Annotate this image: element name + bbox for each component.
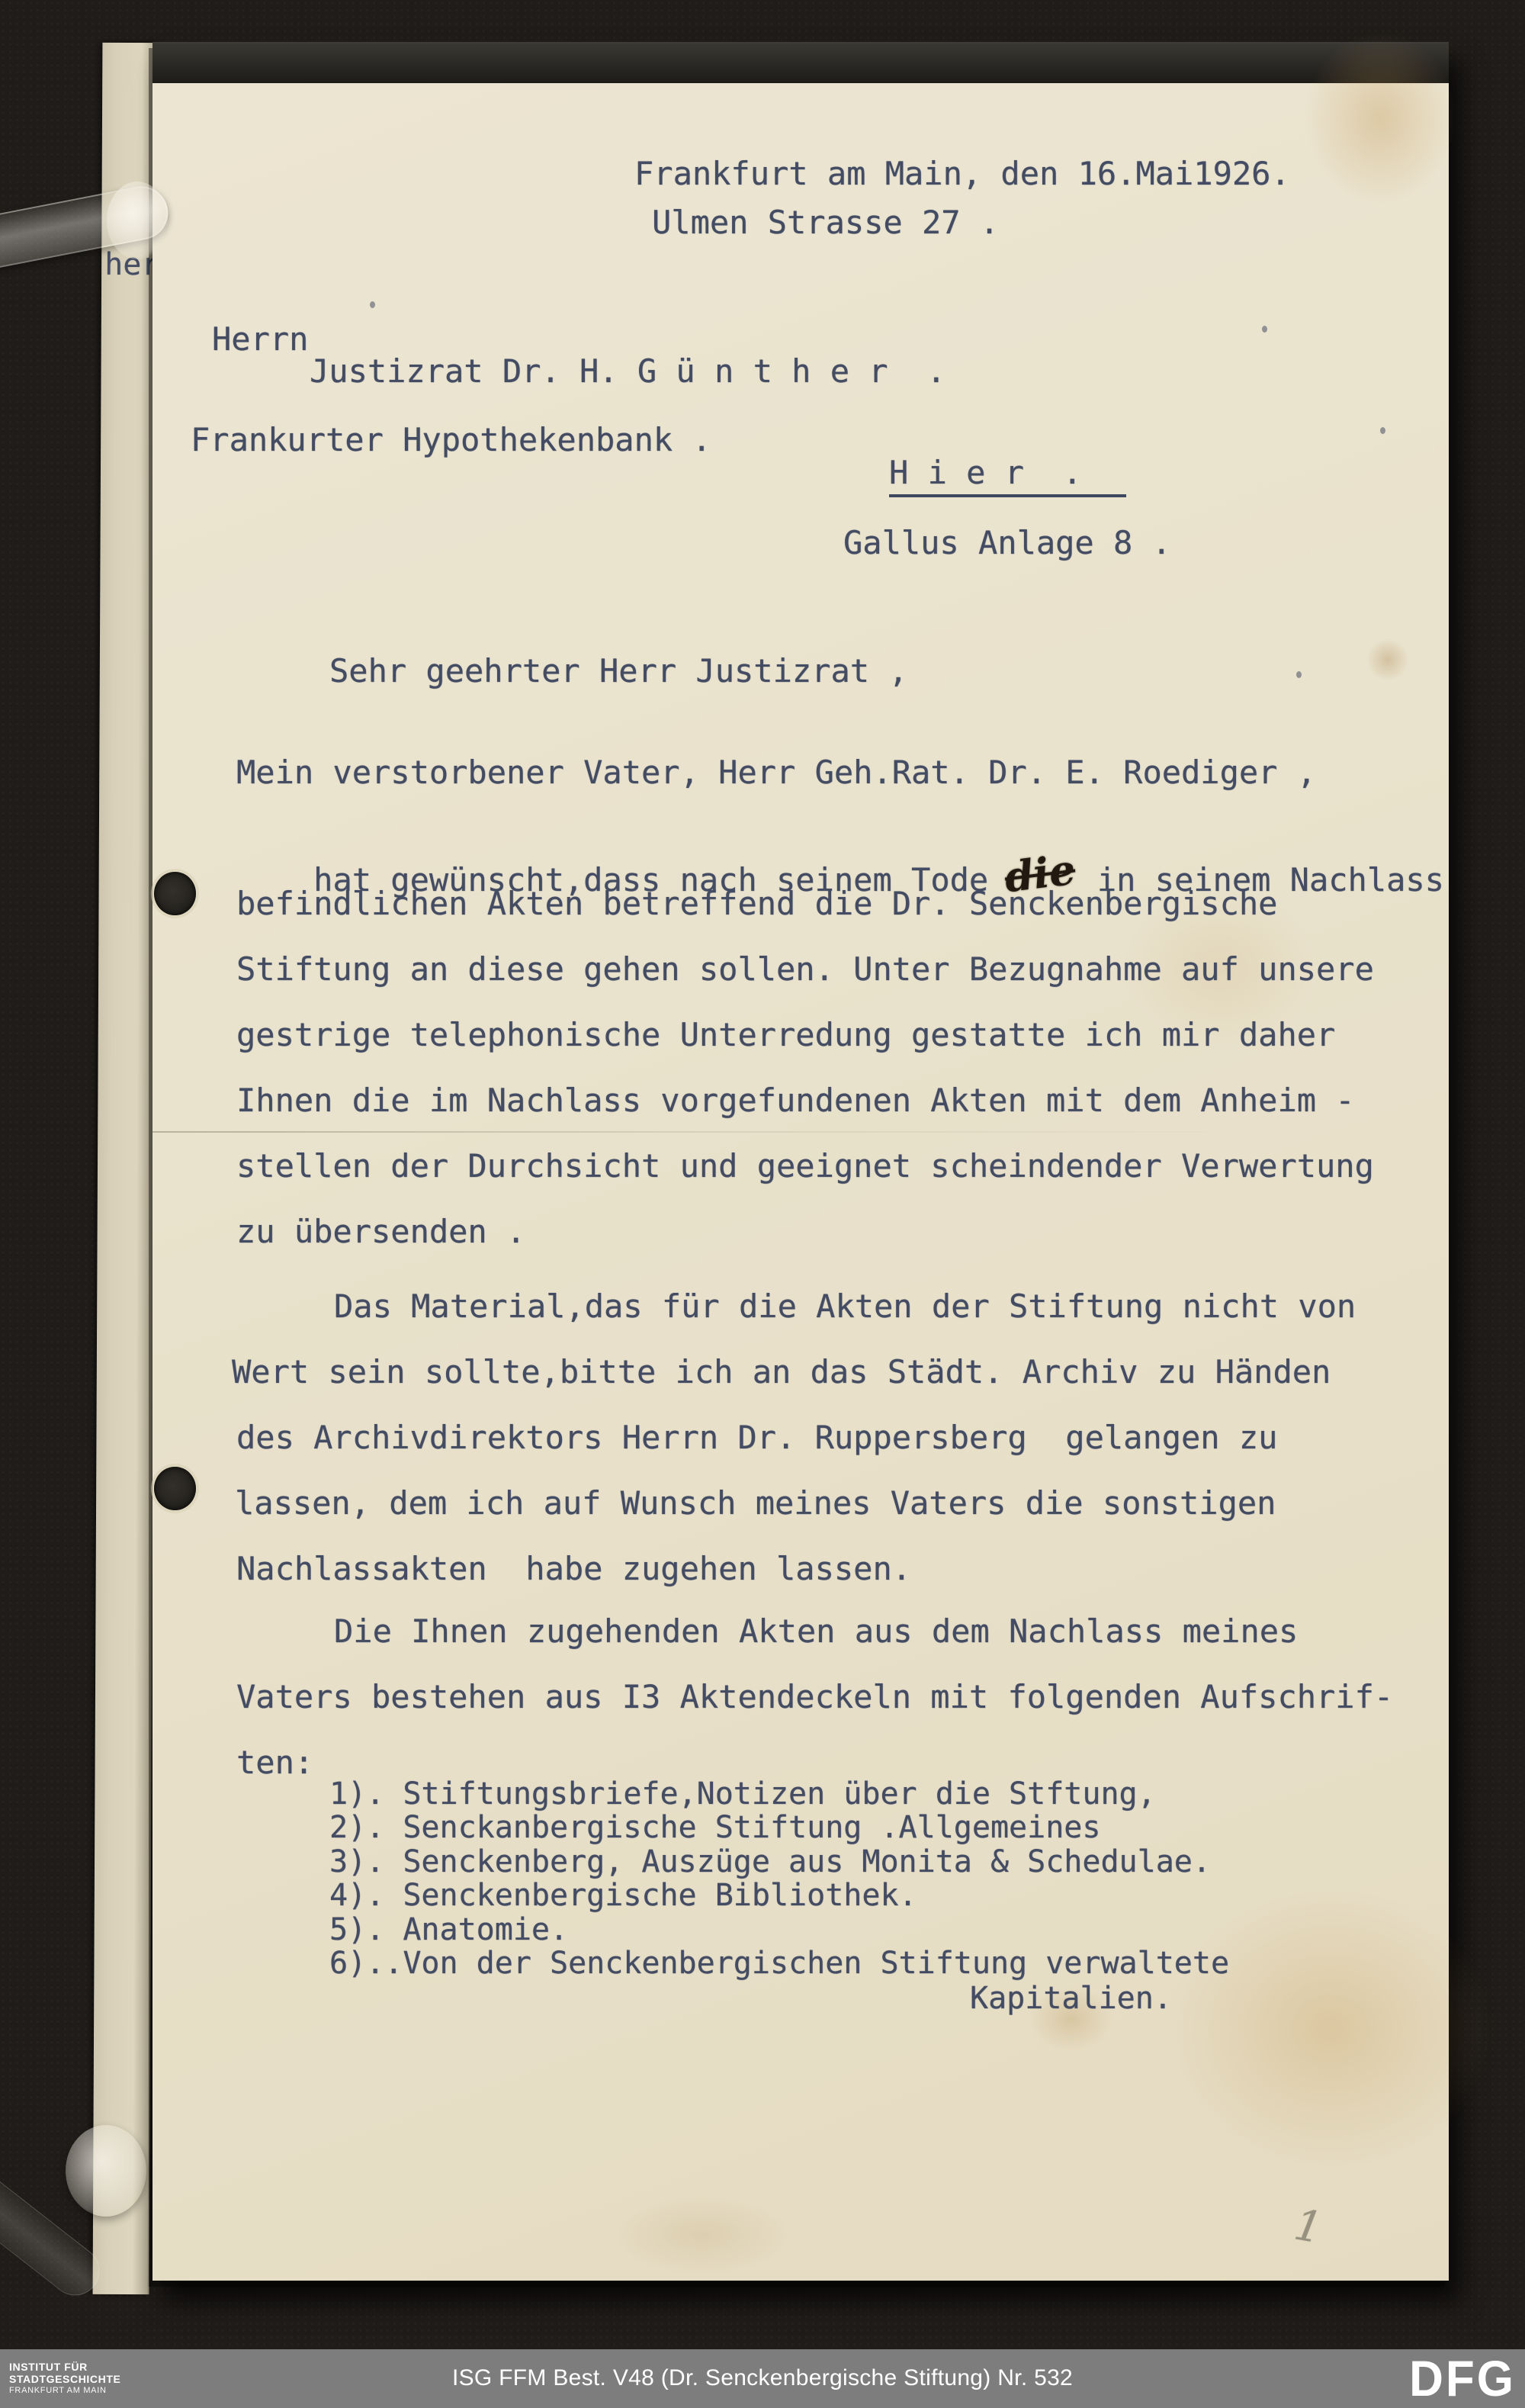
- body-line: Das Material,das für die Akten der Stift…: [334, 1288, 1356, 1326]
- list-item: 4). Senckenbergische Bibliothek.: [329, 1879, 917, 1913]
- list-item: 5). Anatomie.: [329, 1913, 568, 1947]
- pencil-mark: 1: [1291, 2200, 1326, 2253]
- list-item: 6)..Von der Senckenbergischen Stiftung v…: [329, 1947, 1229, 1981]
- body-line: zu übersenden .: [236, 1213, 525, 1251]
- place-line: H i e r .: [889, 454, 1126, 492]
- body-line: des Archivdirektors Herrn Dr. Ruppersber…: [236, 1419, 1277, 1457]
- list-item: 3). Senckenberg, Auszüge aus Monita & Sc…: [329, 1845, 1211, 1879]
- paper-stain: [610, 2193, 793, 2277]
- paper-stain: [1167, 1888, 1494, 2170]
- body-line: Vaters bestehen aus I3 Aktendeckeln mit …: [236, 1678, 1393, 1716]
- body-line: Stiftung an diese gehen sollen. Unter Be…: [236, 950, 1374, 989]
- body-line: lassen, dem ich auf Wunsch meines Vaters…: [235, 1484, 1276, 1522]
- archive-scan-viewer: { "letter": { "marginal_fragment": "her"…: [0, 0, 1525, 2408]
- body-line: ten:: [236, 1744, 313, 1782]
- archive-reference-caption: ISG FFM Best. V48 (Dr. Senckenbergische …: [0, 2365, 1525, 2391]
- footer-caption-bar: INSTITUT FÜR STADTGESCHICHTE FRANKFURT A…: [0, 2349, 1525, 2408]
- dateline-city-date: Frankfurt am Main, den 16.Mai1926.: [634, 155, 1290, 193]
- body-line: Nachlassakten habe zugehen lassen.: [236, 1550, 911, 1588]
- list-item: 1). Stiftungsbriefe,Notizen über die Stf…: [329, 1777, 1156, 1812]
- paper-stain: [1365, 637, 1411, 683]
- recipient-line: Justizrat Dr. H. G ü n t h e r .: [310, 352, 945, 391]
- body-line: Ihnen die im Nachlass vorgefundenen Akte…: [236, 1082, 1355, 1120]
- body-line: befindlichen Akten betreffend die Dr. Se…: [236, 885, 1277, 923]
- address-line: Gallus Anlage 8 .: [843, 524, 1171, 562]
- plastic-holder-knob: [66, 2125, 146, 2217]
- body-line: gestrige telephonische Unterredung gesta…: [236, 1016, 1335, 1054]
- plastic-holder-tip: [107, 182, 168, 259]
- list-item: 2). Senckanbergische Stiftung .Allgemein…: [329, 1811, 1100, 1845]
- dfg-logo: DFG: [1409, 2351, 1516, 2408]
- body-line: Mein verstorbener Vater, Herr Geh.Rat. D…: [236, 754, 1316, 792]
- body-line: Die Ihnen zugehenden Akten aus dem Nachl…: [334, 1612, 1298, 1651]
- list-item-continuation: Kapitalien.: [970, 1982, 1172, 2016]
- ink-speck: [1380, 427, 1385, 434]
- body-line: stellen der Durchsicht und geeignet sche…: [236, 1147, 1374, 1185]
- salutation: Sehr geehrter Herr Justizrat ,: [329, 652, 908, 690]
- recipient-line: Frankurter Hypothekenbank .: [191, 421, 711, 459]
- punch-hole: [154, 1467, 196, 1510]
- ink-speck: [370, 301, 375, 308]
- ink-speck: [1262, 326, 1267, 333]
- recipient-line: Herrn: [212, 320, 308, 358]
- underlined-place: H i e r .: [889, 454, 1126, 497]
- punch-hole: [154, 872, 196, 915]
- dateline-street: Ulmen Strasse 27 .: [652, 204, 999, 242]
- paper-crease: [152, 1131, 1449, 1133]
- underlying-page-strip: her: [93, 43, 159, 2294]
- page-top-shadow-band: [152, 42, 1449, 83]
- ink-speck: [1296, 671, 1302, 678]
- letter-page: Frankfurt am Main, den 16.Mai1926. Ulmen…: [152, 42, 1449, 2281]
- paper-stain: [1304, 31, 1456, 206]
- body-line: Wert sein sollte,bitte ich an das Städt.…: [232, 1353, 1331, 1391]
